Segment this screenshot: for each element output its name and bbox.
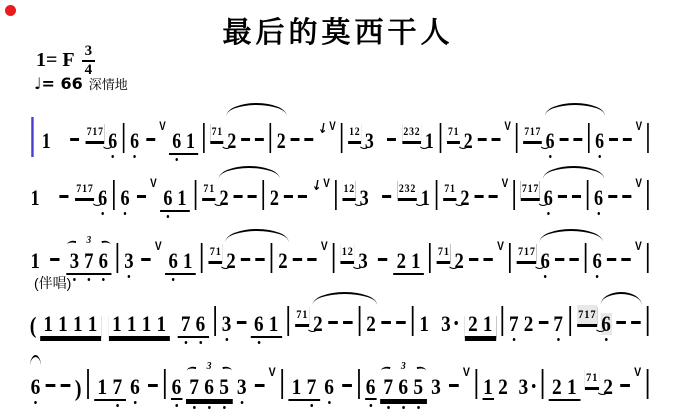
- grace-notes: 12: [348, 122, 361, 142]
- barline: [195, 180, 197, 210]
- breath-mark-icon: V: [323, 176, 330, 190]
- note: 1: [111, 313, 122, 335]
- note: 1: [291, 376, 302, 398]
- grace-notes: 71: [585, 368, 599, 388]
- breath-mark-icon: V: [159, 119, 165, 133]
- score-row: (1111111176361712213217277176: [28, 289, 571, 352]
- note: 1: [177, 187, 188, 209]
- parenthesis: ): [75, 377, 82, 400]
- breath-mark-icon: V: [497, 239, 504, 253]
- spacer: [132, 204, 134, 205]
- note: 1: [482, 313, 493, 335]
- barline: [201, 243, 203, 273]
- dash-note: [148, 384, 158, 387]
- note: 3: [364, 130, 375, 152]
- dash-note: [70, 138, 79, 141]
- note: 1: [141, 313, 152, 335]
- note-group: 21: [548, 376, 580, 401]
- grace-notes: 717: [75, 179, 94, 199]
- note: 6: [592, 250, 603, 272]
- barline: [429, 243, 431, 273]
- spacer: [142, 393, 145, 394]
- dash-note: [59, 195, 68, 198]
- note: 7: [180, 313, 191, 335]
- note-group: 21: [393, 250, 424, 275]
- note: 1: [482, 376, 493, 400]
- grace-note: 1: [453, 125, 459, 137]
- note: 7: [508, 313, 519, 335]
- note: 3: [518, 376, 537, 398]
- note: 1: [566, 376, 577, 398]
- dash-note: [248, 195, 257, 198]
- barline: [214, 306, 216, 336]
- slur-arc: [227, 103, 287, 117]
- barline: [588, 123, 590, 153]
- dash-note: [483, 258, 492, 261]
- dash-note: [61, 384, 71, 387]
- spacer: [393, 204, 395, 205]
- grace-note: 1: [592, 371, 598, 383]
- dash-note: [387, 138, 396, 141]
- dash-note: [608, 195, 617, 198]
- dot-after-icon: [454, 321, 457, 325]
- spacer: [398, 147, 400, 148]
- dash-note: [298, 195, 307, 198]
- barline: [335, 180, 337, 210]
- note: 3: [69, 250, 80, 272]
- spacer: [42, 204, 57, 205]
- spacer: [81, 147, 83, 148]
- note-group: 76: [177, 313, 208, 338]
- grace-note: 7: [533, 182, 539, 194]
- note-group: 21: [465, 313, 496, 338]
- note: 2: [497, 376, 508, 398]
- note: 6: [168, 250, 179, 272]
- spacer: [511, 393, 516, 394]
- note: 6: [171, 376, 182, 400]
- note: 1: [182, 250, 193, 272]
- expression-label: 深情地: [89, 78, 128, 93]
- tempo-value: = 66: [42, 74, 83, 93]
- note: 1: [43, 313, 54, 335]
- grace-note: 7: [529, 245, 535, 257]
- spacer: [616, 393, 618, 394]
- note: 7: [383, 376, 394, 398]
- dash-note: [307, 258, 316, 261]
- triplet-arc: [67, 239, 77, 249]
- note: 2: [277, 250, 288, 272]
- dash-note: [255, 384, 265, 387]
- dash-note: [488, 195, 497, 198]
- note: 1: [30, 187, 41, 209]
- dash-note: [607, 258, 616, 261]
- barline: [585, 243, 587, 273]
- note: 2: [454, 250, 465, 272]
- note-group: 1111: [109, 313, 170, 338]
- note: 6: [253, 313, 264, 335]
- note: 7: [306, 376, 317, 398]
- dash-note: [241, 138, 250, 141]
- spacer: [171, 330, 175, 331]
- note-group: 61: [165, 250, 196, 275]
- note: 6: [97, 187, 108, 209]
- grace-notes: 717: [523, 122, 542, 142]
- grace-note: 1: [209, 182, 215, 194]
- dash-note: [342, 384, 352, 387]
- grace-notes: 12: [340, 242, 354, 262]
- barline: [262, 180, 264, 210]
- dash-note: [631, 321, 641, 324]
- spacer: [37, 147, 39, 148]
- triplet-group: 7653: [380, 376, 427, 401]
- barline: [113, 180, 115, 210]
- dash-note: [449, 384, 459, 387]
- note: 6: [171, 130, 182, 152]
- dash-note: [555, 258, 564, 261]
- score-line: 137633V617122V12321712V71766V: [28, 226, 652, 289]
- slur-arc: [601, 292, 642, 306]
- spacer: [141, 147, 143, 148]
- barline: [646, 306, 648, 336]
- grace-note: 7: [87, 182, 93, 194]
- key-signature: 1= F34: [36, 44, 95, 78]
- dash-note: [241, 258, 250, 261]
- note: 1: [87, 313, 98, 335]
- dash-note: [382, 195, 391, 198]
- slur-arc: [219, 166, 280, 180]
- triplet-number: 3: [207, 360, 212, 372]
- note: 2: [602, 376, 613, 398]
- score-line: 171766V617122↓V1232321712V71766V: [28, 163, 652, 226]
- note: 1: [57, 313, 68, 335]
- spacer: [390, 267, 392, 268]
- note: 2: [219, 187, 230, 209]
- barline: [333, 243, 335, 273]
- dash-note: [343, 321, 353, 324]
- grace-note: 2: [349, 182, 355, 194]
- slide-down-arrow-icon: ↓: [317, 120, 329, 138]
- grace-notes: 71: [447, 122, 460, 142]
- spacer: [376, 147, 384, 148]
- dash-note: [558, 195, 567, 198]
- barline: [647, 123, 649, 153]
- note: 3: [357, 250, 368, 272]
- grace-note: 2: [347, 245, 353, 257]
- note: 3: [123, 250, 134, 272]
- note: 3: [221, 313, 232, 335]
- dash-note: [304, 138, 313, 141]
- spacer: [62, 267, 65, 268]
- triplet-arc: [186, 365, 196, 375]
- slur-arc: [540, 229, 603, 243]
- grace-notes: 71: [208, 242, 222, 262]
- note-group: 17: [94, 376, 126, 401]
- dash-note: [255, 138, 264, 141]
- dash-note: [50, 258, 59, 261]
- note: 6: [195, 313, 206, 335]
- barline: [87, 369, 89, 399]
- spacer: [460, 330, 463, 331]
- breath-mark-icon: V: [502, 176, 509, 190]
- barline: [647, 180, 649, 210]
- dash-note: [539, 321, 549, 324]
- barline: [501, 306, 503, 336]
- note: 6: [129, 376, 140, 398]
- grace-note: 2: [354, 125, 360, 137]
- breath-mark-icon: V: [636, 119, 642, 133]
- spacer: [71, 204, 73, 205]
- triplet-group: 7653: [186, 376, 233, 401]
- note: 2: [276, 130, 287, 152]
- note-group: 1111: [40, 313, 101, 338]
- triplet-number: 3: [87, 234, 92, 246]
- dash-note: [141, 258, 150, 261]
- score-row: 137633V617122V12321712V71766V: [28, 226, 559, 289]
- barline: [341, 123, 343, 153]
- dash-note: [378, 258, 387, 261]
- note: 2: [463, 130, 474, 152]
- triplet-arc: [380, 365, 390, 375]
- dash-note: [616, 321, 626, 324]
- grace-notes: 71: [443, 179, 456, 199]
- spacer: [337, 393, 340, 394]
- note-group: 17: [288, 376, 320, 401]
- grace-note: 2: [414, 125, 420, 137]
- grace-note: 7: [535, 125, 541, 137]
- note: 2: [312, 313, 323, 335]
- time-signature: 34: [82, 44, 96, 78]
- note: 1: [424, 130, 435, 152]
- breath-mark-icon: V: [321, 239, 328, 253]
- dash-note: [623, 138, 632, 141]
- dash-note: [328, 321, 338, 324]
- note-group: 61: [169, 130, 198, 155]
- note: 1: [410, 250, 421, 272]
- tempo-marking: ♩= 66深情地: [34, 74, 128, 93]
- dash-note: [609, 138, 618, 141]
- grace-note: 1: [215, 245, 221, 257]
- note: 1: [30, 250, 41, 272]
- note: 6: [107, 130, 118, 152]
- note: 3: [359, 187, 370, 209]
- barline: [164, 369, 166, 399]
- note: 6: [120, 187, 131, 209]
- barline: [439, 123, 441, 153]
- note: 6: [593, 187, 604, 209]
- slur-arc: [313, 292, 377, 306]
- slur-arc: [545, 103, 605, 117]
- note: 1: [126, 313, 137, 335]
- dash-note: [237, 321, 247, 324]
- grace-note: 2: [410, 182, 416, 194]
- spacer: [42, 267, 47, 268]
- note: 2: [226, 250, 237, 272]
- grace-notes: 717: [521, 179, 540, 199]
- triplet-arc: [222, 365, 232, 375]
- score-line: 171766V617122↓V1232321712V71766V: [28, 100, 652, 163]
- barline: [646, 369, 648, 399]
- grace-notes: 71: [210, 122, 223, 142]
- key-label: 1= F: [36, 49, 75, 71]
- grace-notes: 232: [402, 122, 421, 142]
- barline: [117, 243, 119, 273]
- note: 6: [600, 313, 611, 335]
- spacer: [443, 393, 446, 394]
- dash-note: [255, 258, 264, 261]
- note: 2: [365, 313, 376, 335]
- note: 1: [41, 130, 52, 152]
- barline: [358, 306, 360, 336]
- note-group: 61: [251, 313, 282, 338]
- slide-down-arrow-icon: ↓: [311, 177, 323, 195]
- grace-notes: 232: [398, 179, 417, 199]
- breath-mark-icon: V: [504, 119, 510, 133]
- breath-mark-icon: V: [635, 176, 642, 190]
- score-area: 171766V617122↓V1232321712V71766V171766V6…: [28, 100, 652, 415]
- note: 3: [440, 313, 458, 335]
- note: 1: [156, 313, 167, 335]
- note: 2: [551, 376, 562, 398]
- triplet-arc: [416, 365, 426, 375]
- barline: [509, 243, 511, 273]
- barline: [513, 180, 515, 210]
- grace-note: 7: [590, 308, 596, 320]
- barline: [270, 123, 272, 153]
- dash-note: [620, 384, 630, 387]
- barline: [516, 123, 518, 153]
- spacer: [370, 267, 375, 268]
- note: 6: [365, 376, 376, 400]
- grace-note: 7: [98, 125, 104, 137]
- note: 6: [203, 376, 214, 398]
- note: 1: [420, 187, 431, 209]
- note: 2: [523, 313, 534, 335]
- dash-note: [572, 195, 581, 198]
- note: 2: [467, 313, 478, 335]
- note: 6: [545, 130, 556, 152]
- dash-note: [396, 321, 406, 324]
- note: 6: [129, 130, 140, 152]
- grace-notes: 12: [342, 179, 355, 199]
- dash-note: [146, 138, 155, 141]
- song-title: 最后的莫西干人: [0, 10, 676, 51]
- dash-note: [474, 195, 483, 198]
- barline: [541, 369, 543, 399]
- parenthesis: (: [30, 314, 37, 337]
- spacer: [249, 393, 252, 394]
- slur-arc: [30, 355, 41, 369]
- dash-note: [137, 195, 146, 198]
- note: 6: [398, 376, 409, 398]
- slur-arc: [226, 229, 289, 243]
- dash-note: [559, 138, 568, 141]
- note: 1: [268, 313, 279, 335]
- score-row: 171766V617122↓V1232321712V71766V: [28, 163, 543, 226]
- barline: [203, 123, 205, 153]
- grace-notes: 717: [577, 305, 597, 325]
- note: 6: [323, 376, 334, 398]
- barline: [287, 306, 289, 336]
- dash-note: [478, 138, 487, 141]
- note: 5: [218, 376, 229, 398]
- note: 7: [112, 376, 123, 398]
- dash-note: [284, 195, 293, 198]
- grace-notes: 717: [517, 242, 537, 262]
- breath-mark-icon: V: [150, 176, 157, 190]
- time-numerator: 3: [82, 44, 96, 62]
- barline: [358, 369, 360, 399]
- spacer: [53, 147, 68, 148]
- spacer: [103, 330, 107, 331]
- note: 7: [83, 250, 94, 272]
- note: 2: [459, 187, 470, 209]
- breath-mark-icon: V: [329, 119, 335, 133]
- note: 3: [236, 376, 247, 398]
- note: 1: [185, 130, 196, 152]
- spacer: [432, 330, 439, 331]
- grace-notes: 717: [86, 122, 105, 142]
- triplet-group: 3763: [66, 250, 111, 275]
- grace-note: 1: [450, 182, 456, 194]
- grace-notes: 71: [295, 305, 309, 325]
- barline: [587, 180, 589, 210]
- playhead-barline: [31, 117, 33, 157]
- triplet-arc: [101, 239, 111, 249]
- note: 6: [30, 376, 41, 398]
- note: 1: [97, 376, 108, 398]
- dash-note: [622, 195, 631, 198]
- dash-note: [569, 258, 578, 261]
- slur-arc: [543, 166, 604, 180]
- dash-note: [293, 258, 302, 261]
- dash-note: [234, 195, 243, 198]
- score-line: 6)176676533V176676533V12321712V: [28, 352, 652, 415]
- note: 2: [227, 130, 238, 152]
- barline: [647, 243, 649, 273]
- dash-note: [469, 258, 478, 261]
- score-row: 171766V617122↓V1232321712V71766V: [28, 100, 534, 163]
- note: 3: [430, 376, 441, 398]
- barline: [436, 180, 438, 210]
- note: 5: [413, 376, 424, 398]
- spacer: [371, 204, 379, 205]
- note: 2: [396, 250, 407, 272]
- note: 6: [163, 187, 174, 209]
- dash-note: [381, 321, 391, 324]
- dash-note: [573, 138, 582, 141]
- barline: [475, 369, 477, 399]
- note: 1: [72, 313, 83, 335]
- note: 7: [553, 313, 564, 335]
- score-row: 6)176676533V176676533V12321712V: [28, 352, 579, 415]
- note-group: 61: [160, 187, 190, 212]
- note: 6: [594, 130, 605, 152]
- dot-after-icon: [532, 384, 536, 388]
- breath-mark-icon: V: [634, 365, 641, 379]
- grace-note: 1: [217, 125, 223, 137]
- note: 6: [98, 250, 109, 272]
- barline: [281, 369, 283, 399]
- triplet-number: 3: [401, 360, 406, 372]
- grace-notes: 71: [202, 179, 215, 199]
- score-line: (伴唱)(1111111176361712213217277176: [28, 289, 652, 352]
- note: 7: [188, 376, 199, 398]
- barline: [123, 123, 125, 153]
- breath-mark-icon: V: [155, 239, 162, 253]
- breath-mark-icon: V: [269, 365, 276, 379]
- barline: [271, 243, 273, 273]
- spacer: [136, 267, 139, 268]
